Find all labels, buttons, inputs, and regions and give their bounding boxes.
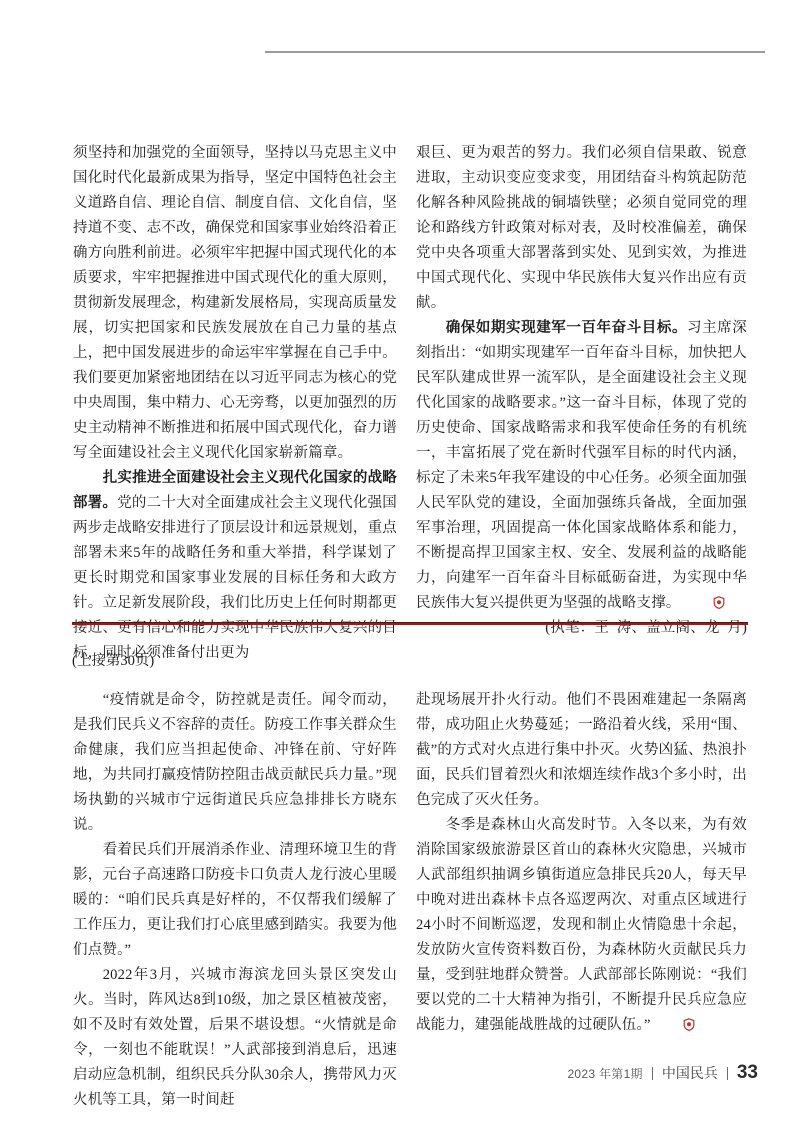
article1-left-column: 须坚持和加强党的全面领导，坚持以马克思主义中国化时代化最新成果为指导，坚定中国特… xyxy=(73,141,397,666)
header-rule xyxy=(265,51,765,53)
article1-right-column: 艰巨、更为艰苦的努力。我们必须自信果敢、锐意进取，主动识变应变求变，用团结奋斗构… xyxy=(416,141,747,641)
footer-page-number: 33 xyxy=(737,1062,758,1084)
paragraph-text: 2022年3月，兴城市海滨龙回头景区突发山火。当时，阵风达8到10级，加之景区植… xyxy=(73,967,397,1108)
footer-magazine-title: 中国民兵 xyxy=(662,1063,718,1083)
footer-separator xyxy=(727,1067,728,1080)
paragraph-text: 习主席深刻指出：“如期实现建军一百年奋斗目标，加快把人民军队建成世界一流军队，是… xyxy=(416,320,747,611)
paragraph-text: 赴现场展开扑火行动。他们不畏困难建起一条隔离带，成功阻止火势蔓延；一路沿着火线，… xyxy=(416,692,747,808)
footer-separator xyxy=(652,1067,653,1080)
paragraph: 2022年3月，兴城市海滨龙回头景区突发山火。当时，阵风达8到10级，加之景区植… xyxy=(73,963,397,1113)
byline: (执笔：王 涛、盖立阁、龙 月) xyxy=(416,616,747,641)
paragraph-text: 冬季是森林山火高发时节。入冬以来，为有效消除国家级旅游景区首山的森林火灾隐患，兴… xyxy=(416,817,747,1033)
paragraph: 须坚持和加强党的全面领导，坚持以马克思主义中国化时代化最新成果为指导，坚定中国特… xyxy=(73,141,397,466)
paragraph-lead: 确保如期实现建军一百年奋斗目标。 xyxy=(446,320,687,336)
paragraph-text: 须坚持和加强党的全面领导，坚持以马克思主义中国化时代化最新成果为指导，坚定中国特… xyxy=(73,145,397,461)
article-end-mark-icon xyxy=(654,1018,696,1031)
article2-right-column: 赴现场展开扑火行动。他们不畏困难建起一条隔离带，成功阻止火势蔓延；一路沿着火线，… xyxy=(416,688,747,1038)
article-end-mark-icon xyxy=(684,596,726,609)
footer-issue: 2023 年第1期 xyxy=(567,1065,642,1082)
paragraph: 艰巨、更为艰苦的努力。我们必须自信果敢、锐意进取，主动识变应变求变，用团结奋斗构… xyxy=(416,141,747,316)
paragraph-text: 党的二十大对全面建成社会主义现代化强国两步走战略安排进行了顶层设计和远景规划，重… xyxy=(73,495,397,661)
page-footer: 2023 年第1期 中国民兵 33 xyxy=(567,1062,758,1084)
magazine-page: 须坚持和加强党的全面领导，坚持以马克思主义中国化时代化最新成果为指导，坚定中国特… xyxy=(0,0,794,1123)
paragraph-text: 艰巨、更为艰苦的努力。我们必须自信果敢、锐意进取，主动识变应变求变，用团结奋斗构… xyxy=(416,145,747,311)
continuation-note: (上接第30页) xyxy=(72,651,154,671)
paragraph: 冬季是森林山火高发时节。入冬以来，为有效消除国家级旅游景区首山的森林火灾隐患，兴… xyxy=(416,813,747,1038)
paragraph-text: “疫情就是命令，防控就是责任。闻令而动，是我们民兵义不容辞的责任。防疫工作事关群… xyxy=(73,692,397,833)
paragraph: 确保如期实现建军一百年奋斗目标。习主席深刻指出：“如期实现建军一百年奋斗目标，加… xyxy=(416,316,747,616)
article2-left-column: “疫情就是命令，防控就是责任。闻令而动，是我们民兵义不容辞的责任。防疫工作事关群… xyxy=(73,688,397,1113)
paragraph: 看着民兵们开展消杀作业、清理环境卫生的背影，元台子高速路口防疫卡口负责人龙行波心… xyxy=(73,838,397,963)
paragraph: 扎实推进全面建设社会主义现代化国家的战略部署。党的二十大对全面建成社会主义现代化… xyxy=(73,466,397,666)
paragraph: 赴现场展开扑火行动。他们不畏困难建起一条隔离带，成功阻止火势蔓延；一路沿着火线，… xyxy=(416,688,747,813)
paragraph-text: 看着民兵们开展消杀作业、清理环境卫生的背影，元台子高速路口防疫卡口负责人龙行波心… xyxy=(73,842,397,958)
section-divider-rule xyxy=(72,622,748,625)
paragraph: “疫情就是命令，防控就是责任。闻令而动，是我们民兵义不容辞的责任。防疫工作事关群… xyxy=(73,688,397,838)
